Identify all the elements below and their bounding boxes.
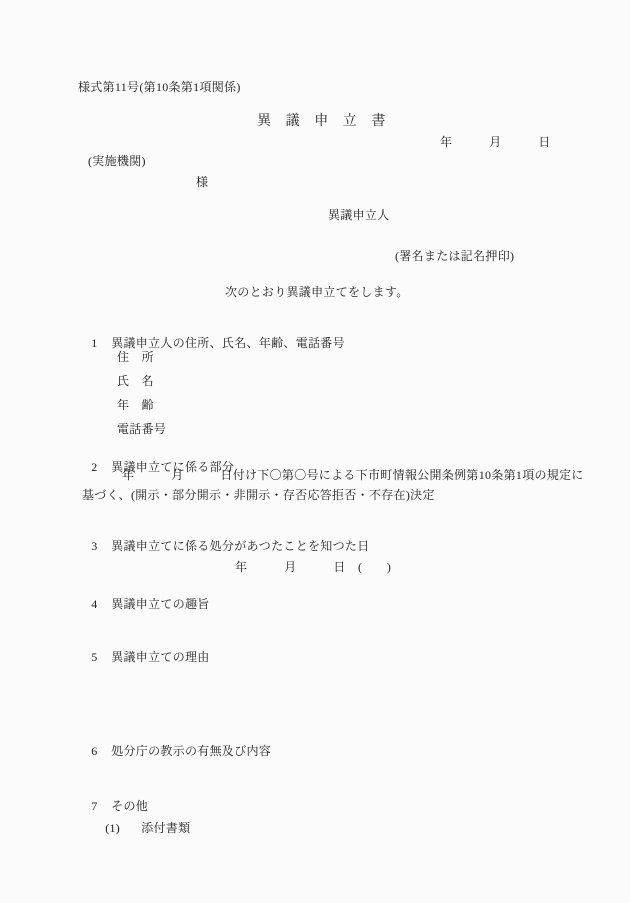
item-4-label: 異議申立ての趣旨 bbox=[111, 597, 209, 611]
item-5-row: 5異議申立ての理由 bbox=[78, 637, 210, 678]
header-date-line: 年 月 日 bbox=[440, 136, 551, 150]
field-address-label: 住 所 bbox=[117, 351, 154, 365]
agency-label: (実施機関) bbox=[88, 155, 146, 169]
item-6-row: 6処分庁の教示の有無及び内容 bbox=[78, 731, 271, 772]
document-title: 異 議 申 立 書 bbox=[257, 114, 386, 130]
item-3-date-line: 年 月 日 ( ) bbox=[235, 561, 391, 575]
item-6-number: 6 bbox=[91, 745, 111, 759]
form-number: 様式第11号(第10条第1項関係) bbox=[78, 81, 241, 95]
field-phone-label: 電話番号 bbox=[117, 423, 166, 437]
item-5-number: 5 bbox=[91, 651, 111, 665]
honorific-sama: 様 bbox=[196, 176, 208, 190]
signature-note: (署名または記名押印) bbox=[395, 250, 514, 264]
item-7-sub-1-label: 添付書類 bbox=[141, 821, 190, 835]
item-4-row: 4異議申立ての趣旨 bbox=[78, 584, 210, 625]
item-2-decision-type-line: 基づく、(開示・部分開示・非開示・存否応答拒否・不存在)決定 bbox=[82, 489, 435, 503]
item-7-sub-1-number: (1) bbox=[105, 822, 141, 836]
item-1-number: 1 bbox=[91, 337, 111, 351]
declaration-sentence: 次のとおり異議申立てをします。 bbox=[225, 286, 409, 300]
appellant-label: 異議申立人 bbox=[328, 209, 390, 223]
field-name-label: 氏 名 bbox=[117, 375, 154, 389]
item-4-number: 4 bbox=[91, 598, 111, 612]
field-age-label: 年 齢 bbox=[117, 399, 154, 413]
item-2-decision-date-line: 年 月 日付け下〇第〇号による下市町情報公開条例第10条第1項の規定に bbox=[122, 469, 584, 483]
item-3-label: 異議申立てに係る処分があつたことを知つた日 bbox=[111, 539, 369, 553]
item-3-number: 3 bbox=[91, 540, 111, 554]
item-5-label: 異議申立ての理由 bbox=[111, 650, 209, 664]
item-2-number: 2 bbox=[91, 461, 111, 475]
item-7-sub-1-row: (1)添付書類 bbox=[92, 808, 190, 849]
item-6-label: 処分庁の教示の有無及び内容 bbox=[111, 744, 271, 758]
objection-form-page: 様式第11号(第10条第1項関係) 異 議 申 立 書 年 月 日 (実施機関)… bbox=[0, 0, 630, 903]
item-1-label: 異議申立人の住所、氏名、年齢、電話番号 bbox=[111, 336, 345, 350]
